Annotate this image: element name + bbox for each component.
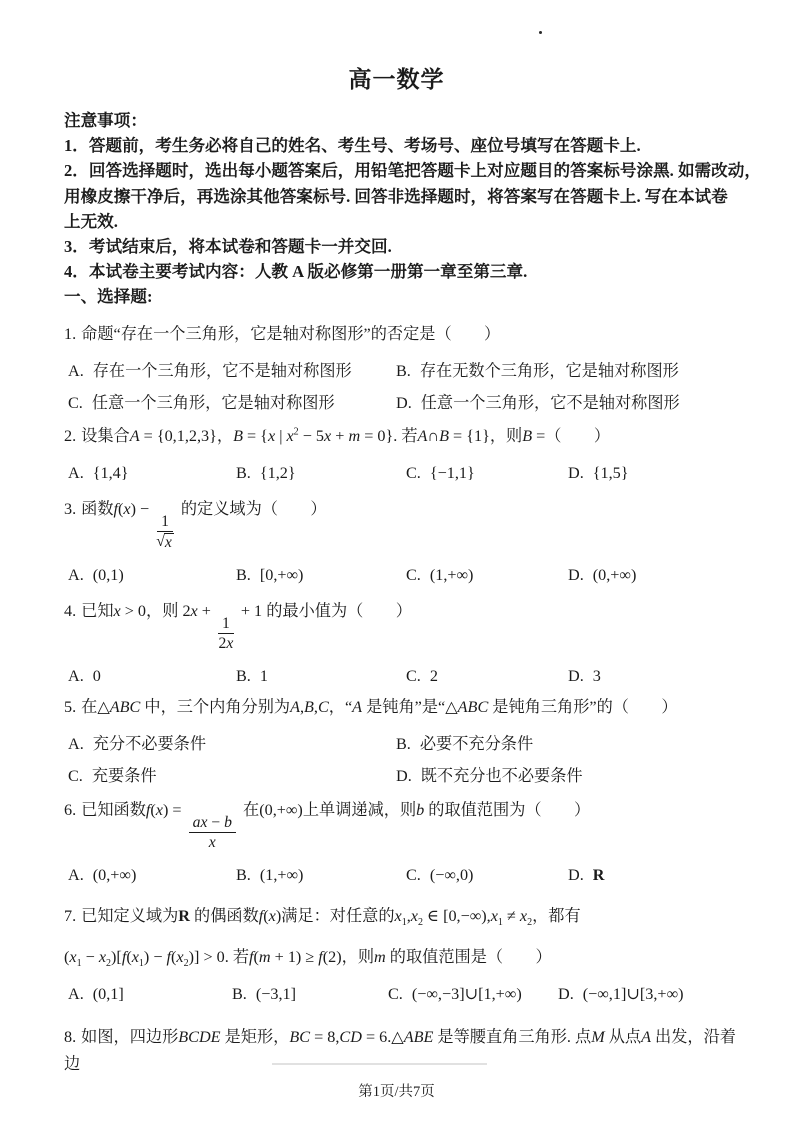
- option-text: 0: [93, 667, 101, 685]
- option-row: A.充分不必要条件B.必要不充分条件: [64, 730, 737, 758]
- option-label: C.: [388, 985, 403, 1003]
- option-row: A.(0,1)B.[0,+∞)C.(1,+∞)D.(0,+∞): [64, 561, 737, 589]
- option-text: (0,+∞): [593, 566, 637, 584]
- notice-heading: 注意事项：: [64, 108, 733, 133]
- option-text: {1,2}: [260, 464, 296, 482]
- option-text: (1,+∞): [260, 866, 304, 884]
- option: B.[0,+∞): [236, 561, 303, 589]
- option: C.(−∞,0): [406, 861, 473, 889]
- option-label: B.: [236, 464, 251, 482]
- question-stem-text: 设集合A = {0,1,2,3}，B = {x | x2 − 5x + m = …: [81, 427, 610, 445]
- option: C.2: [406, 662, 438, 690]
- option: C.充要条件: [68, 762, 157, 790]
- option: B.1: [236, 662, 268, 690]
- question-stem: 3.函数f(x) − 1√x 的定义域为（ ）: [64, 496, 737, 552]
- option-row: A.(0,1]B.(−3,1]C.(−∞,−3]∪[1,+∞)D.(−∞,1]∪…: [64, 980, 737, 1008]
- option-label: D.: [568, 464, 584, 482]
- option-row: A.(0,+∞)B.(1,+∞)C.(−∞,0)D.R: [64, 861, 737, 889]
- option: A.0: [68, 662, 101, 690]
- scan-artifact-line: [272, 1063, 487, 1065]
- option-row: A.0B.1C.2D.3: [64, 662, 737, 690]
- scan-dot-mark: [539, 31, 542, 34]
- option-text: 任意一个三角形，它不是轴对称图形: [421, 394, 680, 412]
- option-text: 必要不充分条件: [420, 735, 533, 753]
- exam-page: 高一数学 注意事项： 1．答题前，考生务必将自己的姓名、考生号、考场号、座位号填…: [0, 0, 793, 1122]
- question: 5.在△ABC 中，三个内角分别为A,B,C，“A 是钝角”是“△ABC 是钝角…: [64, 694, 737, 790]
- page-title: 高一数学: [0, 0, 793, 94]
- option-label: B.: [236, 566, 251, 584]
- notice-section: 注意事项： 1．答题前，考生务必将自己的姓名、考生号、考场号、座位号填写在答题卡…: [64, 108, 733, 284]
- option: C.(−∞,−3]∪[1,+∞): [388, 980, 522, 1008]
- question: 6.已知函数f(x) = ax − bx 在(0,+∞)上单调递减，则b 的取值…: [64, 797, 737, 889]
- question-stem: 6.已知函数f(x) = ax − bx 在(0,+∞)上单调递减，则b 的取值…: [64, 797, 737, 852]
- option-row: C.任意一个三角形，它是轴对称图形D.任意一个三角形，它不是轴对称图形: [64, 389, 737, 417]
- section-heading: 一、选择题:: [64, 284, 733, 309]
- option-label: D.: [396, 394, 412, 412]
- option-text: 2: [430, 667, 438, 685]
- notice-line: 3．考试结束后，将本试卷和答题卡一并交回.: [64, 234, 733, 259]
- option-text: (−∞,−3]∪[1,+∞): [412, 985, 522, 1003]
- option: D.R: [568, 861, 604, 889]
- question: 8.如图，四边形BCDE 是矩形，BC = 8,CD = 6.△ABE 是等腰直…: [64, 1024, 737, 1078]
- question-number: 3.: [64, 500, 76, 518]
- question-number: 7.: [64, 907, 76, 925]
- question-stem-text: 已知定义域为R 的偶函数f(x)满足：对任意的x1,x2 ∈ [0,−∞),x1…: [81, 907, 581, 925]
- option-label: D.: [568, 866, 584, 884]
- option-text: {1,4}: [93, 464, 129, 482]
- option-label: A.: [68, 985, 84, 1003]
- option-label: A.: [68, 735, 84, 753]
- option-label: D.: [568, 566, 584, 584]
- option: D.3: [568, 662, 601, 690]
- question: 4.已知x > 0，则 2x + 12x + 1 的最小值为（ ） A.0B.1…: [64, 598, 737, 690]
- question-stem-text: 命题“存在一个三角形，它是轴对称图形”的否定是（ ）: [81, 325, 500, 343]
- option: B.(1,+∞): [236, 861, 303, 889]
- question-number: 4.: [64, 602, 76, 620]
- option: B.存在无数个三角形，它是轴对称图形: [396, 357, 679, 385]
- questions-list: 1.命题“存在一个三角形，它是轴对称图形”的否定是（ ） A.存在一个三角形，它…: [64, 321, 737, 1078]
- option-text: (1,+∞): [430, 566, 474, 584]
- question-stem-text: 函数f(x) − 1√x 的定义域为（ ）: [81, 500, 326, 518]
- option-text: 存在无数个三角形，它是轴对称图形: [420, 362, 679, 380]
- option-label: B.: [232, 985, 247, 1003]
- option-label: C.: [406, 566, 421, 584]
- option-text: {1,5}: [593, 464, 629, 482]
- question-stem-text: 已知函数f(x) = ax − bx 在(0,+∞)上单调递减，则b 的取值范围…: [81, 801, 590, 819]
- question-number: 8.: [64, 1028, 76, 1046]
- option: A.充分不必要条件: [68, 730, 206, 758]
- option-label: A.: [68, 362, 84, 380]
- option-row: A.存在一个三角形，它不是轴对称图形B.存在无数个三角形，它是轴对称图形: [64, 357, 737, 385]
- question-options: A.(0,1]B.(−3,1]C.(−∞,−3]∪[1,+∞)D.(−∞,1]∪…: [64, 980, 737, 1008]
- option-text: (0,1): [93, 566, 124, 584]
- option-label: C.: [406, 464, 421, 482]
- option-text: (−∞,0): [430, 866, 474, 884]
- option: A.(0,1]: [68, 980, 124, 1008]
- option: B.必要不充分条件: [396, 730, 533, 758]
- option-text: (−3,1]: [256, 985, 296, 1003]
- question-stem: 5.在△ABC 中，三个内角分别为A,B,C，“A 是钝角”是“△ABC 是钝角…: [64, 694, 737, 721]
- option-text: (0,1]: [93, 985, 124, 1003]
- option: A.(0,1): [68, 561, 124, 589]
- option-label: C.: [68, 767, 83, 785]
- question-stem-line2: (x1 − x2)[f(x1) − f(x2)] > 0. 若f(m + 1) …: [64, 943, 737, 971]
- question-options: A.{1,4}B.{1,2}C.{−1,1}D.{1,5}: [64, 459, 737, 487]
- question: 3.函数f(x) − 1√x 的定义域为（ ） A.(0,1)B.[0,+∞)C…: [64, 496, 737, 589]
- option-label: A.: [68, 866, 84, 884]
- notice-line: 上无效.: [64, 209, 733, 234]
- option-text: 1: [260, 667, 268, 685]
- option-label: D.: [558, 985, 574, 1003]
- fraction: 1√x: [156, 513, 174, 552]
- option: C.{−1,1}: [406, 459, 475, 487]
- option-label: C.: [68, 394, 83, 412]
- option-label: B.: [236, 667, 251, 685]
- option: B.{1,2}: [236, 459, 296, 487]
- option-text: (−∞,1]∪[3,+∞): [583, 985, 684, 1003]
- option-text: 存在一个三角形，它不是轴对称图形: [93, 362, 352, 380]
- notice-line: 4．本试卷主要考试内容：人教 A 版必修第一册第一章至第三章.: [64, 259, 733, 284]
- option: D.{1,5}: [568, 459, 629, 487]
- page-footer: 第1页/共7页: [0, 1080, 793, 1101]
- option: A.(0,+∞): [68, 861, 136, 889]
- question-stem: 8.如图，四边形BCDE 是矩形，BC = 8,CD = 6.△ABE 是等腰直…: [64, 1024, 737, 1078]
- question: 7.已知定义域为R 的偶函数f(x)满足：对任意的x1,x2 ∈ [0,−∞),…: [64, 903, 737, 1008]
- question-number: 5.: [64, 698, 76, 716]
- question-stem-text: 在△ABC 中，三个内角分别为A,B,C，“A 是钝角”是“△ABC 是钝角三角…: [81, 698, 677, 716]
- option-label: A.: [68, 667, 84, 685]
- option-label: C.: [406, 866, 421, 884]
- question: 2.设集合A = {0,1,2,3}，B = {x | x2 − 5x + m …: [64, 423, 737, 487]
- notice-line: 1．答题前，考生务必将自己的姓名、考生号、考场号、座位号填写在答题卡上.: [64, 133, 733, 158]
- option-label: A.: [68, 566, 84, 584]
- question-stem: 7.已知定义域为R 的偶函数f(x)满足：对任意的x1,x2 ∈ [0,−∞),…: [64, 903, 737, 930]
- notice-lines: 1．答题前，考生务必将自己的姓名、考生号、考场号、座位号填写在答题卡上.2．回答…: [64, 133, 733, 284]
- option-label: D.: [568, 667, 584, 685]
- option-row: C.充要条件D.既不充分也不必要条件: [64, 762, 737, 790]
- question-number: 2.: [64, 427, 76, 445]
- question-stem-text: 已知x > 0，则 2x + 12x + 1 的最小值为（ ）: [81, 602, 412, 620]
- option-label: C.: [406, 667, 421, 685]
- question-stem: 4.已知x > 0，则 2x + 12x + 1 的最小值为（ ）: [64, 598, 737, 653]
- notice-line: 2．回答选择题时，选出每小题答案后，用铅笔把答题卡上对应题目的答案标号涂黑. 如…: [64, 158, 733, 183]
- option: C.(1,+∞): [406, 561, 473, 589]
- option-text: R: [593, 866, 605, 884]
- option-text: 充分不必要条件: [93, 735, 206, 753]
- question-stem: 2.设集合A = {0,1,2,3}，B = {x | x2 − 5x + m …: [64, 423, 737, 450]
- option-label: D.: [396, 767, 412, 785]
- option: B.(−3,1]: [232, 980, 296, 1008]
- option-text: 充要条件: [92, 767, 157, 785]
- option-label: B.: [396, 362, 411, 380]
- question-number: 1.: [64, 325, 76, 343]
- question-options: A.存在一个三角形，它不是轴对称图形B.存在无数个三角形，它是轴对称图形C.任意…: [64, 357, 737, 417]
- radical: √x: [156, 533, 174, 552]
- option-text: 任意一个三角形，它是轴对称图形: [92, 394, 335, 412]
- option-text: [0,+∞): [260, 566, 304, 584]
- option-text: {−1,1}: [430, 464, 475, 482]
- notice-line: 用橡皮擦干净后，再选涂其他答案标号. 回答非选择题时，将答案写在答题卡上. 写在…: [64, 184, 733, 209]
- option: D.(−∞,1]∪[3,+∞): [558, 980, 684, 1008]
- option-label: A.: [68, 464, 84, 482]
- option: D.既不充分也不必要条件: [396, 762, 583, 790]
- question-options: A.(0,+∞)B.(1,+∞)C.(−∞,0)D.R: [64, 861, 737, 889]
- option-text: 既不充分也不必要条件: [421, 767, 583, 785]
- option: D.(0,+∞): [568, 561, 636, 589]
- question-stem: 1.命题“存在一个三角形，它是轴对称图形”的否定是（ ）: [64, 321, 737, 348]
- option-label: B.: [396, 735, 411, 753]
- question: 1.命题“存在一个三角形，它是轴对称图形”的否定是（ ） A.存在一个三角形，它…: [64, 321, 737, 417]
- option-text: 3: [593, 667, 601, 685]
- option: A.{1,4}: [68, 459, 129, 487]
- option-label: B.: [236, 866, 251, 884]
- option: C.任意一个三角形，它是轴对称图形: [68, 389, 335, 417]
- fraction: 12x: [218, 615, 234, 653]
- question-number: 6.: [64, 801, 76, 819]
- option: A.存在一个三角形，它不是轴对称图形: [68, 357, 352, 385]
- question-options: A.0B.1C.2D.3: [64, 662, 737, 690]
- option: D.任意一个三角形，它不是轴对称图形: [396, 389, 680, 417]
- option-text: (0,+∞): [93, 866, 137, 884]
- option-row: A.{1,4}B.{1,2}C.{−1,1}D.{1,5}: [64, 459, 737, 487]
- fraction: ax − bx: [189, 814, 236, 852]
- question-stem-text: 如图，四边形BCDE 是矩形，BC = 8,CD = 6.△ABE 是等腰直角三…: [64, 1028, 736, 1073]
- question-options: A.(0,1)B.[0,+∞)C.(1,+∞)D.(0,+∞): [64, 561, 737, 589]
- question-options: A.充分不必要条件B.必要不充分条件C.充要条件D.既不充分也不必要条件: [64, 730, 737, 790]
